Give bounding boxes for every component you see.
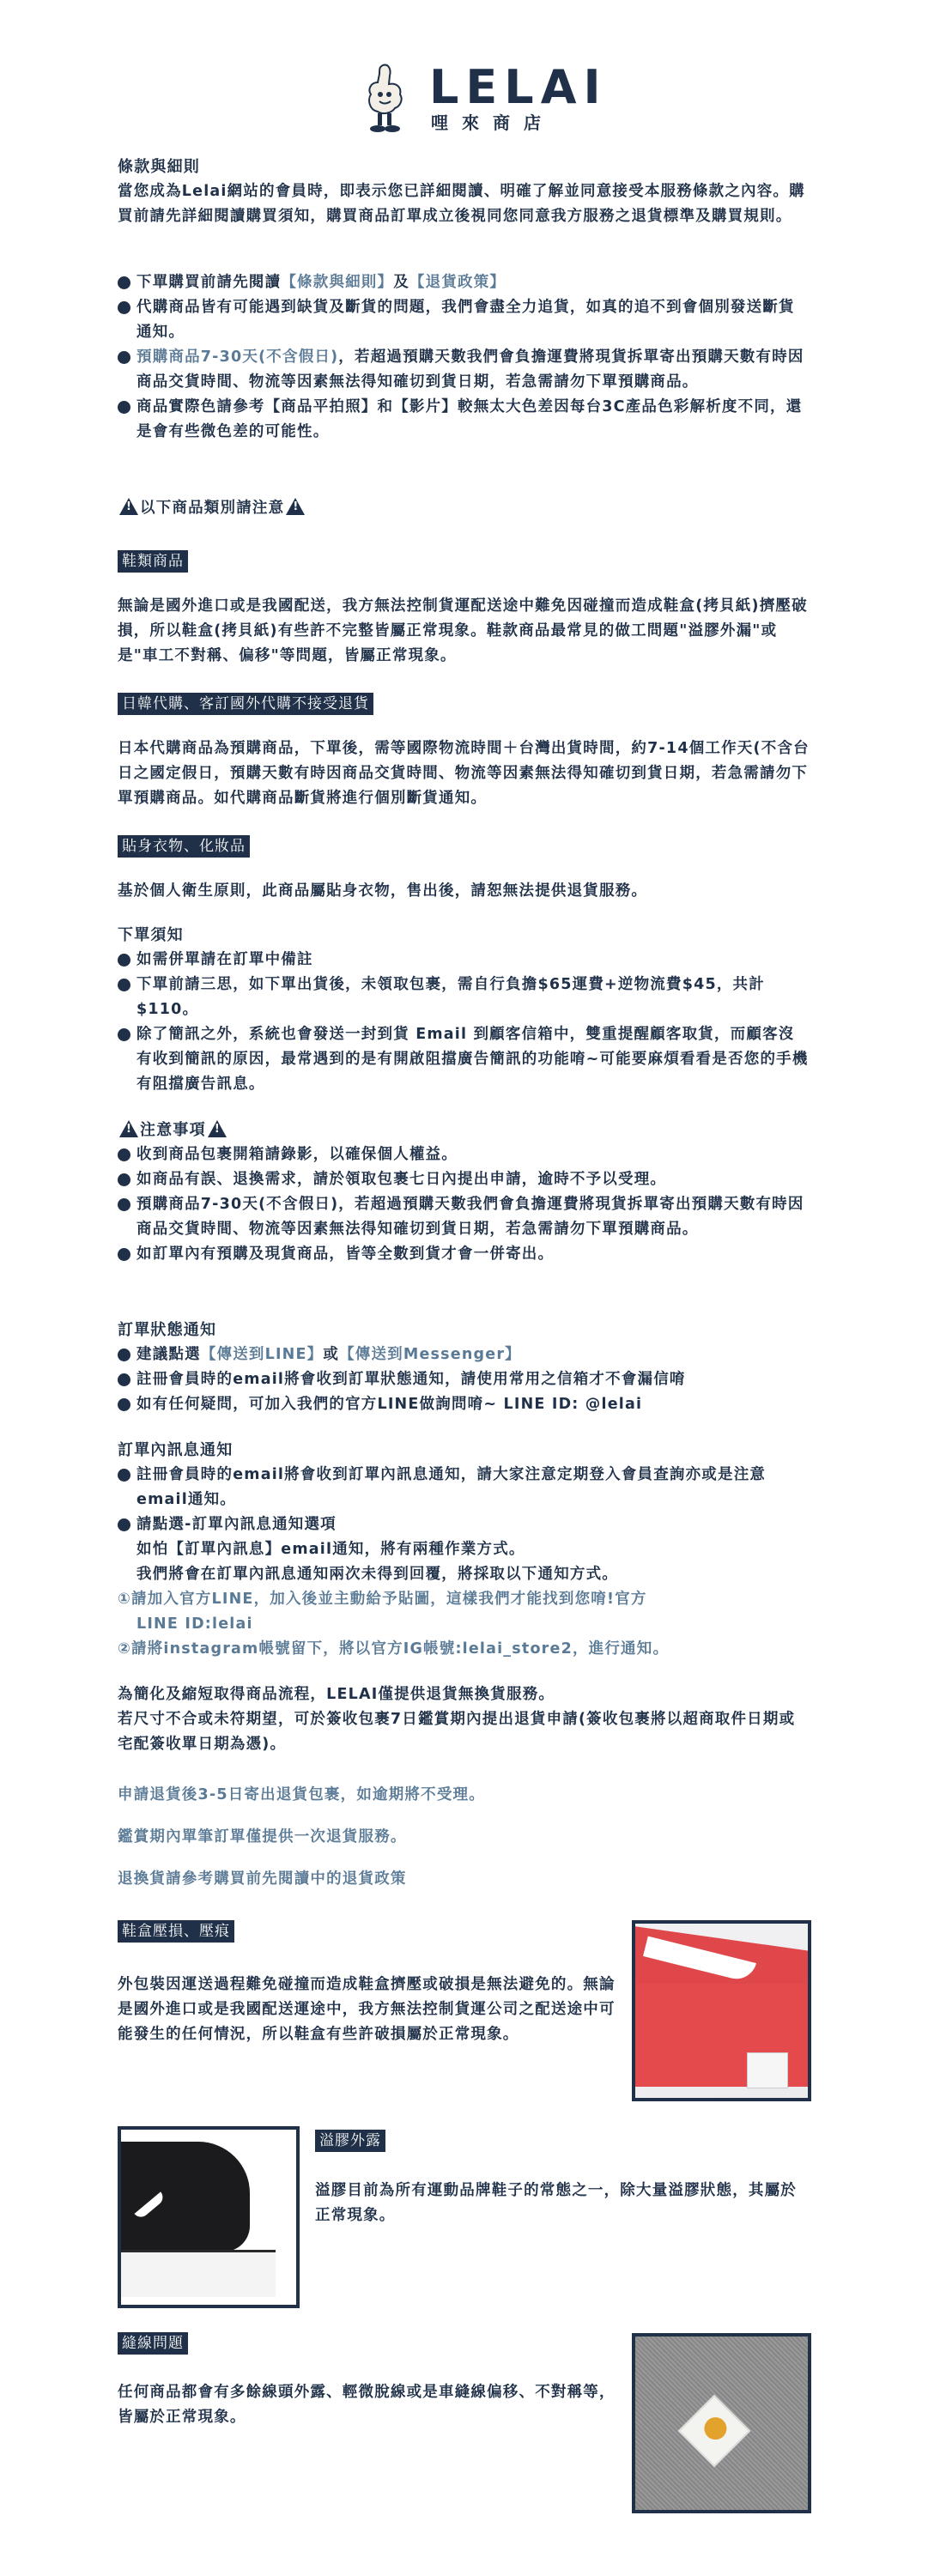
shoes-text: 無論是國外進口或是我國配送，我方無法控制貨運配送途中難免因碰撞而造成鞋盒(拷貝紙… — [118, 594, 810, 669]
line-id: LINE ID:lelai — [118, 1612, 810, 1637]
terms-link[interactable]: 【條款與細則】 — [281, 274, 393, 291]
order-message-line: 我們將會在訂單內訊息通知兩次未得到回覆，將採取以下通知方式。 — [118, 1562, 810, 1587]
list-item: 註冊會員時的email將會收到訂單狀態通知，請使用常用之信箱才不會漏信唷 — [118, 1367, 810, 1392]
box-damage-text-block: 外包裝因運送過程難免碰撞而造成鞋盒擠壓或破損是無法避免的。無論是國外進口或是我國… — [118, 1973, 624, 2047]
brand-name: LELAI — [429, 62, 608, 113]
bullet-icon — [118, 954, 130, 967]
section-tag: 日韓代購、客訂國外代購不接受退貨 — [118, 693, 373, 715]
bullet-icon — [118, 276, 130, 289]
shoes-section: 鞋類商品 — [118, 549, 810, 574]
section-tag: 鞋類商品 — [118, 550, 188, 573]
beanie-stitching-image — [632, 2333, 811, 2513]
cautions-title-row: 注意事項 — [118, 1118, 810, 1143]
order-message-section: 訂單內訊息通知 註冊會員時的email將會收到訂單內訊息通知，請大家注意定期登入… — [118, 1438, 810, 1662]
list-item: 預購商品7-30天(不含假日)，若超過預購天數我們會負擔運費將現貨拆單寄出預購天… — [118, 345, 810, 395]
list-item: 如有任何疑問，可加入我們的官方LINE做詢問唷~ LINE ID: @lelai — [118, 1392, 810, 1417]
list-item: 如商品有誤、退換需求，請於領取包裹七日內提出申請，逾時不予以受理。 — [118, 1167, 810, 1192]
shoe-sole — [121, 2250, 276, 2297]
bullet-icon — [118, 1469, 130, 1482]
shoe-glue-image — [118, 2126, 300, 2308]
stitching-text: 任何商品都會有多餘線頭外露、輕微脫線或是車縫線偏移、不對稱等，皆屬於正常現象。 — [118, 2380, 624, 2430]
list-item: 建議點選【傳送到LINE】或【傳送到Messenger】 — [118, 1343, 810, 1367]
intimate-text: 基於個人衛生原則，此商品屬貼身衣物，售出後，請恕無法提供退貨服務。 — [118, 879, 810, 904]
order-status-section: 訂單狀態通知 建議點選【傳送到LINE】或【傳送到Messenger】 註冊會員… — [118, 1318, 810, 1417]
japan-korea-text: 日本代購商品為預購商品，下單後，需等國際物流時間＋台灣出貨時間，約7-14個工作… — [118, 736, 810, 811]
japan-korea-text-block: 日本代購商品為預購商品，下單後，需等國際物流時間＋台灣出貨時間，約7-14個工作… — [118, 736, 810, 811]
list-item: 請點選-訂單內訊息通知選項 — [118, 1512, 810, 1537]
shoebox-damage-image — [632, 1920, 811, 2101]
category-notice: 以下商品類別請注意 — [118, 496, 810, 521]
section-tag: 貼身衣物、化妝品 — [118, 835, 250, 858]
list-item: 預購商品7-30天(不含假日)，若超過預購天數我們會負擔運費將現貨拆單寄出預購天… — [118, 1192, 810, 1242]
intimate-text-block: 基於個人衛生原則，此商品屬貼身衣物，售出後，請恕無法提供退貨服務。 — [118, 879, 810, 904]
order-message-title: 訂單內訊息通知 — [118, 1438, 810, 1463]
section-tag: 鞋盒壓損、壓痕 — [118, 1920, 234, 1943]
return-policy-section: 為簡化及縮短取得商品流程，LELAI僅提供退貨無換貨服務。 若尺寸不合或未符期望… — [118, 1682, 810, 1757]
return-policy-link[interactable]: 【退貨政策】 — [409, 274, 506, 291]
japan-korea-section: 日韓代購、客訂國外代購不接受退貨 — [118, 692, 810, 717]
bullet-icon — [118, 1028, 130, 1041]
intimate-section: 貼身衣物、化妝品 — [118, 834, 810, 859]
list-item: 如訂單內有預購及現貨商品，皆等全數到貨才會一併寄出。 — [118, 1242, 810, 1267]
bullet-icon — [118, 1248, 130, 1261]
glue-text: 溢膠目前為所有運動品牌鞋子的常態之一，除大量溢膠狀態，其屬於正常現象。 — [315, 2179, 810, 2228]
return-note: 申請退貨後3-5日寄出退貨包裹，如逾期將不受理。 — [118, 1783, 810, 1808]
bullet-icon — [118, 401, 130, 414]
order-notes-section: 下單須知 如需併單請在訂單中備註 下單前請三思，如下單出貨後，未領取包裹，需自行… — [118, 923, 810, 1097]
shoe-upper — [121, 2142, 250, 2252]
list-item: 除了簡訊之外，系統也會發送一封到貨 Email 到顧客信箱中，雙重提醒顧客取貨，… — [118, 1022, 810, 1097]
order-message-line: 如怕【訂單內訊息】email通知，將有兩種作業方式。 — [118, 1537, 810, 1562]
stitching-text-block: 任何商品都會有多餘線頭外露、輕微脫線或是車縫線偏移、不對稱等，皆屬於正常現象。 — [118, 2380, 624, 2430]
return-note: 鑑賞期內單筆訂單僅提供一次退貨服務。 — [118, 1825, 810, 1850]
send-to-messenger-link[interactable]: 【傳送到Messenger】 — [339, 1346, 521, 1363]
section-tag: 縫線問題 — [118, 2332, 188, 2355]
terms-section: 條款與細則 當您成為Lelai網站的會員時，即表示您已詳細閱讀、明確了解並同意接… — [118, 155, 810, 229]
stitching-section: 縫線問題 — [118, 2331, 633, 2356]
warning-icon — [119, 498, 138, 515]
terms-title: 條款與細則 — [118, 155, 810, 179]
list-item: 代購商品皆有可能遇到缺貨及斷貨的問題，我們會盡全力追貨，如真的追不到會個別發送斷… — [118, 295, 810, 345]
list-item: 下單購買前請先閱讀【條款與細則】及【退貨政策】 — [118, 270, 810, 295]
return-note: 退換貨請參考購買前先閱讀中的退貨政策 — [118, 1867, 810, 1892]
brand-patch — [678, 2395, 751, 2468]
box-damage-section: 鞋盒壓損、壓痕 — [118, 1919, 633, 1944]
warning-icon — [286, 498, 305, 515]
glue-text-block: 溢膠目前為所有運動品牌鞋子的常態之一，除大量溢膠狀態，其屬於正常現象。 — [315, 2179, 810, 2228]
return-policy-line: 為簡化及縮短取得商品流程，LELAI僅提供退貨無換貨服務。 — [118, 1682, 810, 1707]
bullet-icon — [118, 1149, 130, 1161]
list-item: 收到商品包裹開箱請錄影，以確保個人權益。 — [118, 1143, 810, 1167]
return-policy-line: 若尺寸不合或未符期望，可於簽收包裹7日鑑賞期內提出退貨申請(簽收包裹將以超商取件… — [118, 1707, 810, 1757]
logo: LELAI 哩來商店 — [359, 60, 573, 136]
order-notes-title: 下單須知 — [118, 923, 810, 948]
cautions-title: 注意事項 — [140, 1121, 206, 1139]
bullet-icon — [118, 351, 130, 364]
bullet-icon — [118, 1173, 130, 1186]
bullet-icon — [118, 979, 130, 991]
bullet-icon — [118, 1373, 130, 1386]
bullet-icon — [118, 1198, 130, 1211]
section-tag: 溢膠外露 — [315, 2130, 385, 2152]
bullet-icon — [118, 1398, 130, 1411]
bullet-icon — [118, 301, 130, 314]
list-item: 如需併單請在訂單中備註 — [118, 948, 810, 973]
warning-icon — [208, 1120, 227, 1137]
box-damage-text: 外包裝因運送過程難免碰撞而造成鞋盒擠壓或破損是無法避免的。無論是國外進口或是我國… — [118, 1973, 624, 2047]
preorder-highlight: 預購商品7-30天(不含假日) — [136, 349, 338, 366]
list-item: 下單前請三思，如下單出貨後，未領取包裹，需自行負擔$65運費+逆物流費$45，共… — [118, 973, 810, 1022]
list-item: 商品實際色請參考【商品平拍照】和【影片】較無太大色差因每台3C產品色彩解析度不同… — [118, 395, 810, 445]
cautions-section: 注意事項 收到商品包裹開箱請錄影，以確保個人權益。 如商品有誤、退換需求，請於領… — [118, 1118, 810, 1267]
instagram-option: ②請將instagram帳號留下，將以官方IG帳號:lelai_store2，進… — [118, 1637, 810, 1662]
thumbs-up-mascot-icon — [366, 64, 407, 134]
shoebox-label — [747, 2052, 788, 2088]
bullet-icon — [118, 1518, 130, 1531]
brand-subtitle: 哩來商店 — [431, 113, 555, 132]
bullet-icon — [118, 1349, 130, 1361]
line-option: ①請加入官方LINE，加入後並主動給予貼圖，這樣我們才能找到您唷!官方 — [118, 1587, 810, 1612]
terms-bullets: 下單購買前請先閱讀【條款與細則】及【退貨政策】 代購商品皆有可能遇到缺貨及斷貨的… — [118, 270, 810, 445]
terms-paragraph: 當您成為Lelai網站的會員時，即表示您已詳細閱讀、明確了解並同意接受本服務條款… — [118, 179, 810, 229]
order-status-title: 訂單狀態通知 — [118, 1318, 810, 1343]
warning-icon — [119, 1120, 138, 1137]
list-item: 註冊會員時的email將會收到訂單內訊息通知，請大家注意定期登入會員查詢亦或是注… — [118, 1463, 810, 1512]
send-to-line-link[interactable]: 【傳送到LINE】 — [201, 1346, 324, 1363]
glue-section: 溢膠外露 — [315, 2129, 810, 2154]
shoes-text-block: 無論是國外進口或是我國配送，我方無法控制貨運配送途中難免因碰撞而造成鞋盒(拷貝紙… — [118, 594, 810, 669]
